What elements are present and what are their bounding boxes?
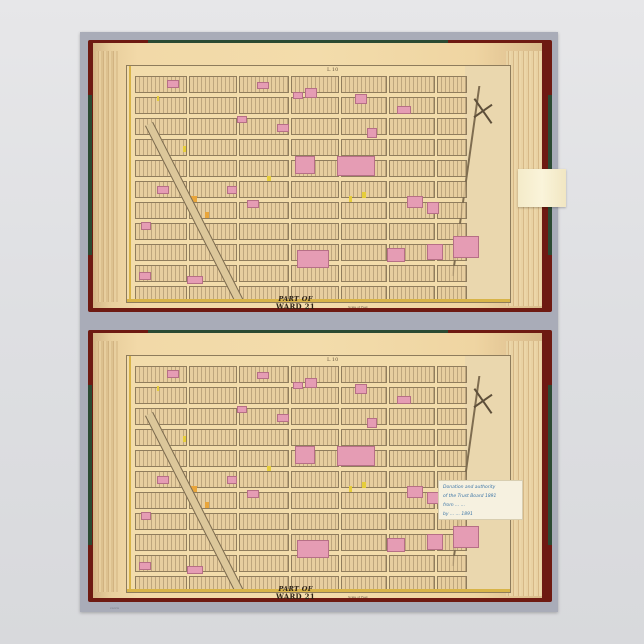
city-block bbox=[341, 408, 387, 425]
city-block bbox=[291, 429, 339, 446]
city-block bbox=[291, 181, 339, 198]
lot-pink bbox=[167, 80, 179, 88]
scale-note: Scale of Feet bbox=[348, 595, 368, 599]
city-block bbox=[389, 265, 435, 282]
compass-rose-icon bbox=[470, 98, 496, 124]
lot-pink bbox=[187, 566, 203, 574]
lot-pink bbox=[157, 476, 169, 484]
lot-pink bbox=[293, 92, 303, 99]
city-block bbox=[389, 366, 435, 383]
city-block bbox=[341, 534, 387, 551]
city-block bbox=[437, 555, 467, 572]
atlas-spread-bottom: #41 L 10 PLATE 15 PART OF WARD 21 Scale … bbox=[88, 330, 552, 602]
lot-yellow bbox=[362, 192, 366, 198]
lot-pink bbox=[305, 378, 317, 388]
city-block bbox=[135, 387, 187, 404]
city-block bbox=[389, 76, 435, 93]
city-block bbox=[239, 513, 289, 530]
city-block bbox=[389, 223, 435, 240]
river-shoreline bbox=[465, 66, 510, 302]
city-block bbox=[389, 555, 435, 572]
city-block bbox=[437, 387, 467, 404]
city-block bbox=[389, 450, 435, 467]
city-block bbox=[437, 139, 467, 156]
city-block bbox=[291, 97, 339, 114]
city-block bbox=[135, 76, 187, 93]
lot-pink bbox=[257, 82, 269, 89]
city-block bbox=[437, 429, 467, 446]
cover-green-band bbox=[88, 385, 92, 545]
city-block bbox=[291, 387, 339, 404]
lot-yellow bbox=[157, 96, 159, 101]
street-border-yellow bbox=[129, 356, 131, 592]
lot-pink bbox=[167, 370, 179, 378]
lot-pink bbox=[367, 418, 377, 428]
paper-bookmark-tab bbox=[518, 169, 566, 207]
page-edges-left bbox=[96, 341, 118, 592]
lot-pink bbox=[397, 106, 411, 114]
city-block bbox=[437, 181, 467, 198]
city-block bbox=[341, 555, 387, 572]
city-block bbox=[341, 244, 387, 261]
city-block bbox=[189, 387, 237, 404]
city-block bbox=[437, 265, 467, 282]
page-edges-right bbox=[506, 341, 542, 596]
lot-pink bbox=[337, 446, 375, 466]
sheet-label: L 10 bbox=[327, 357, 338, 363]
lot-pink bbox=[427, 534, 443, 550]
lot-pink bbox=[247, 200, 259, 208]
ward-label: PART OF WARD 21 bbox=[276, 296, 315, 310]
street-border-yellow-bottom bbox=[127, 299, 510, 302]
city-block bbox=[389, 513, 435, 530]
handwritten-note-slip: Donation and authority of the Trust Boar… bbox=[438, 480, 523, 520]
lot-pink bbox=[367, 128, 377, 138]
sheet-label: L 10 bbox=[327, 67, 338, 73]
lot-pink bbox=[297, 250, 329, 268]
city-block bbox=[341, 118, 387, 135]
city-block bbox=[239, 450, 289, 467]
lot-orange bbox=[205, 212, 209, 218]
city-block bbox=[389, 97, 435, 114]
compass-rose-icon bbox=[470, 388, 496, 414]
lot-pink bbox=[139, 272, 151, 280]
city-block bbox=[239, 160, 289, 177]
lot-pink bbox=[355, 384, 367, 394]
lot-pink bbox=[407, 486, 423, 498]
city-block bbox=[341, 76, 387, 93]
lot-pink bbox=[387, 248, 405, 262]
city-block bbox=[239, 223, 289, 240]
city-block bbox=[341, 223, 387, 240]
lot-pink bbox=[139, 562, 151, 570]
city-block bbox=[239, 244, 289, 261]
city-block bbox=[389, 139, 435, 156]
city-block bbox=[291, 139, 339, 156]
city-block bbox=[239, 471, 289, 488]
city-block bbox=[291, 492, 339, 509]
lot-pink bbox=[427, 244, 443, 260]
lot-orange bbox=[205, 502, 209, 508]
lot-yellow bbox=[157, 386, 159, 391]
city-block bbox=[239, 265, 289, 282]
river-shoreline bbox=[465, 356, 510, 592]
city-block bbox=[437, 450, 467, 467]
city-block bbox=[437, 118, 467, 135]
city-block bbox=[437, 202, 467, 219]
lot-pink bbox=[227, 476, 237, 484]
poster-credit: zazzle bbox=[110, 606, 119, 610]
lot-yellow bbox=[183, 436, 186, 442]
city-block bbox=[239, 97, 289, 114]
ward-map: #41 L 10 PLATE 15 bbox=[126, 65, 511, 303]
city-block bbox=[189, 366, 237, 383]
lot-pink bbox=[141, 222, 151, 230]
city-block bbox=[291, 118, 339, 135]
city-block bbox=[135, 492, 187, 509]
lot-yellow bbox=[267, 466, 271, 471]
lot-pink bbox=[387, 538, 405, 552]
city-block bbox=[239, 429, 289, 446]
city-block bbox=[135, 202, 187, 219]
city-block bbox=[135, 408, 187, 425]
city-block bbox=[389, 429, 435, 446]
lot-pink bbox=[237, 406, 247, 413]
city-block bbox=[189, 429, 237, 446]
lot-pink bbox=[187, 276, 203, 284]
city-block bbox=[189, 76, 237, 93]
city-block bbox=[239, 387, 289, 404]
city-block bbox=[135, 118, 187, 135]
city-block bbox=[135, 534, 187, 551]
poster: #41 L 10 PLATE 15 PART OF WARD 21 Scale … bbox=[80, 32, 558, 612]
city-block bbox=[389, 387, 435, 404]
lot-yellow bbox=[267, 176, 271, 181]
city-block bbox=[437, 366, 467, 383]
cover-green-band-right bbox=[548, 385, 552, 545]
city-block bbox=[389, 118, 435, 135]
street-border-yellow-bottom bbox=[127, 589, 510, 592]
city-block bbox=[291, 202, 339, 219]
city-block bbox=[291, 471, 339, 488]
city-block bbox=[341, 202, 387, 219]
lot-yellow bbox=[349, 196, 352, 202]
street-border-yellow bbox=[129, 66, 131, 302]
city-block bbox=[341, 265, 387, 282]
city-block bbox=[135, 244, 187, 261]
city-block bbox=[239, 139, 289, 156]
atlas-spread-top: #41 L 10 PLATE 15 PART OF WARD 21 Scale … bbox=[88, 40, 552, 312]
city-block bbox=[189, 118, 237, 135]
lot-pink bbox=[247, 490, 259, 498]
city-block bbox=[341, 429, 387, 446]
page-edges-left bbox=[96, 51, 118, 302]
lot-pink bbox=[227, 186, 237, 194]
city-block bbox=[189, 408, 237, 425]
lot-pink bbox=[237, 116, 247, 123]
city-block bbox=[437, 160, 467, 177]
city-block bbox=[239, 181, 289, 198]
city-block bbox=[341, 492, 387, 509]
book-pages: #41 L 10 PLATE 15 PART OF WARD 21 Scale … bbox=[93, 43, 542, 308]
lot-pink bbox=[337, 156, 375, 176]
scale-note: Scale of Feet bbox=[348, 305, 368, 309]
city-block bbox=[239, 534, 289, 551]
lot-pink bbox=[453, 526, 479, 548]
city-block bbox=[135, 97, 187, 114]
city-block bbox=[239, 555, 289, 572]
lot-pink bbox=[297, 540, 329, 558]
lot-pink bbox=[427, 202, 439, 214]
city-block bbox=[189, 97, 237, 114]
lot-pink bbox=[277, 124, 289, 132]
lot-pink bbox=[295, 446, 315, 464]
city-block bbox=[341, 513, 387, 530]
lot-pink bbox=[355, 94, 367, 104]
ward-map: #41 L 10 PLATE 15 bbox=[126, 355, 511, 593]
lot-pink bbox=[453, 236, 479, 258]
city-block bbox=[437, 408, 467, 425]
lot-pink bbox=[407, 196, 423, 208]
city-block bbox=[291, 513, 339, 530]
city-block bbox=[135, 366, 187, 383]
city-block bbox=[437, 97, 467, 114]
city-block bbox=[389, 408, 435, 425]
lot-pink bbox=[295, 156, 315, 174]
lot-pink bbox=[141, 512, 151, 520]
lot-pink bbox=[293, 382, 303, 389]
city-block bbox=[291, 408, 339, 425]
ward-label: PART OF WARD 21 bbox=[276, 586, 315, 600]
city-block bbox=[437, 76, 467, 93]
lot-pink bbox=[277, 414, 289, 422]
city-block bbox=[189, 139, 237, 156]
city-block bbox=[389, 160, 435, 177]
lot-yellow bbox=[183, 146, 186, 152]
lot-yellow bbox=[362, 482, 366, 488]
city-block bbox=[291, 223, 339, 240]
city-block bbox=[189, 450, 237, 467]
city-block bbox=[341, 139, 387, 156]
lot-pink bbox=[305, 88, 317, 98]
lot-pink bbox=[397, 396, 411, 404]
lot-yellow bbox=[349, 486, 352, 492]
book-pages: #41 L 10 PLATE 15 PART OF WARD 21 Scale … bbox=[93, 333, 542, 598]
lot-pink bbox=[157, 186, 169, 194]
city-block bbox=[189, 160, 237, 177]
cover-green-band bbox=[88, 95, 92, 255]
lot-pink bbox=[257, 372, 269, 379]
city-block bbox=[341, 366, 387, 383]
